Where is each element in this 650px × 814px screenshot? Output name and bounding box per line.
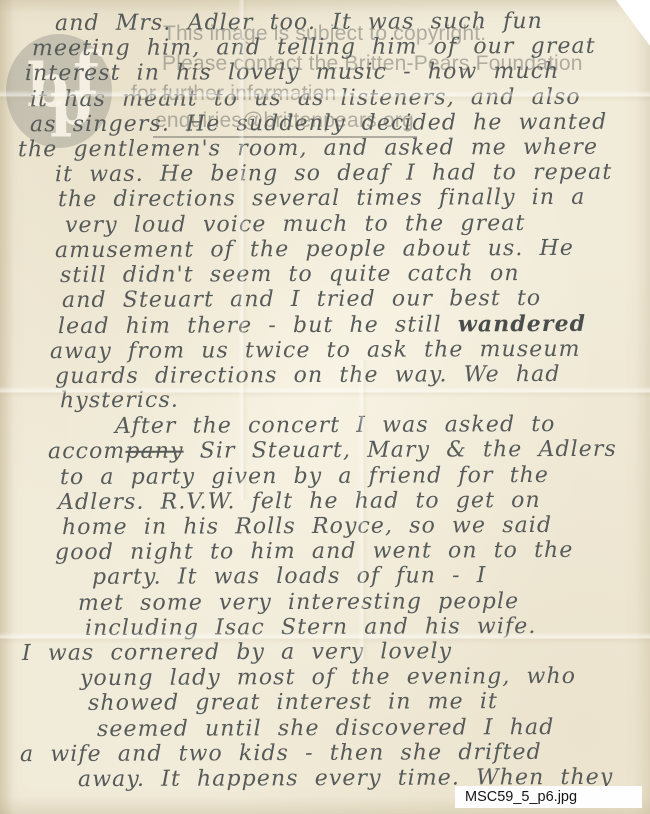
handwriting-line: meeting him, and telling him of our grea… (32, 34, 596, 61)
handwriting-line: met some very interesting people (78, 589, 519, 616)
handwriting-line: showed great interest in me it (88, 689, 498, 716)
handwriting-line: it has meant to us as listeners, and als… (30, 84, 581, 111)
handwriting: and Mrs. Adler too. It was such funmeeti… (0, 0, 650, 814)
handwriting-line: very loud voice much to the great (65, 211, 526, 238)
handwriting-line: party. It was loads of fun - I (92, 564, 487, 591)
handwriting-line: I was cornered by a very lovely (22, 639, 452, 666)
handwriting-line: the gentlemen's room, and asked me where (18, 135, 598, 163)
handwriting-line: and Steuart and I tried our best to (62, 286, 541, 313)
handwriting-line: good night to him and went on to the (55, 538, 574, 565)
handwriting-line: hysterics. (60, 388, 179, 414)
handwriting-line: interest in his lovely music - how much (25, 59, 559, 86)
handwriting-line: After the concert I was asked to (115, 412, 556, 439)
handwriting-line: Adlers. R.V.W. felt he had to get on (58, 488, 541, 515)
handwriting-line: accompany Sir Steuart, Mary & the Adlers (48, 437, 617, 464)
handwriting-line: and Mrs. Adler too. It was such fun (55, 9, 543, 36)
filename-label: MSC59_5_p6.jpg (455, 786, 642, 808)
handwriting-line: including Isac Stern and his wife. (85, 614, 536, 641)
handwriting-line: a wife and two kids - then she drifted (20, 740, 542, 767)
handwriting-line: the directions several times finally in … (58, 185, 586, 212)
handwriting-line: lead him there - but he still wandered (58, 311, 586, 339)
handwriting-line: away from us twice to ask the museum (50, 336, 581, 363)
handwriting-line: guards directions on the way. We had (55, 362, 561, 389)
handwriting-line: young lady most of the evening, who (80, 664, 576, 691)
handwriting-line: amusement of the people about us. He (55, 236, 574, 263)
handwriting-line: seemed until she discovered I had (97, 715, 554, 742)
scanned-letter-page: b p f This image is subject to copyright… (0, 0, 650, 814)
handwriting-line: to a party given by a friend for the (60, 463, 549, 490)
handwriting-line: as singers. He suddenly decided he wante… (30, 110, 607, 138)
handwriting-line: home in his Rolls Royce, so we said (62, 513, 552, 540)
handwriting-line: it was. He being so deaf I had to repeat (55, 160, 612, 187)
handwriting-line: still didn't seem to quite catch on (60, 261, 520, 288)
